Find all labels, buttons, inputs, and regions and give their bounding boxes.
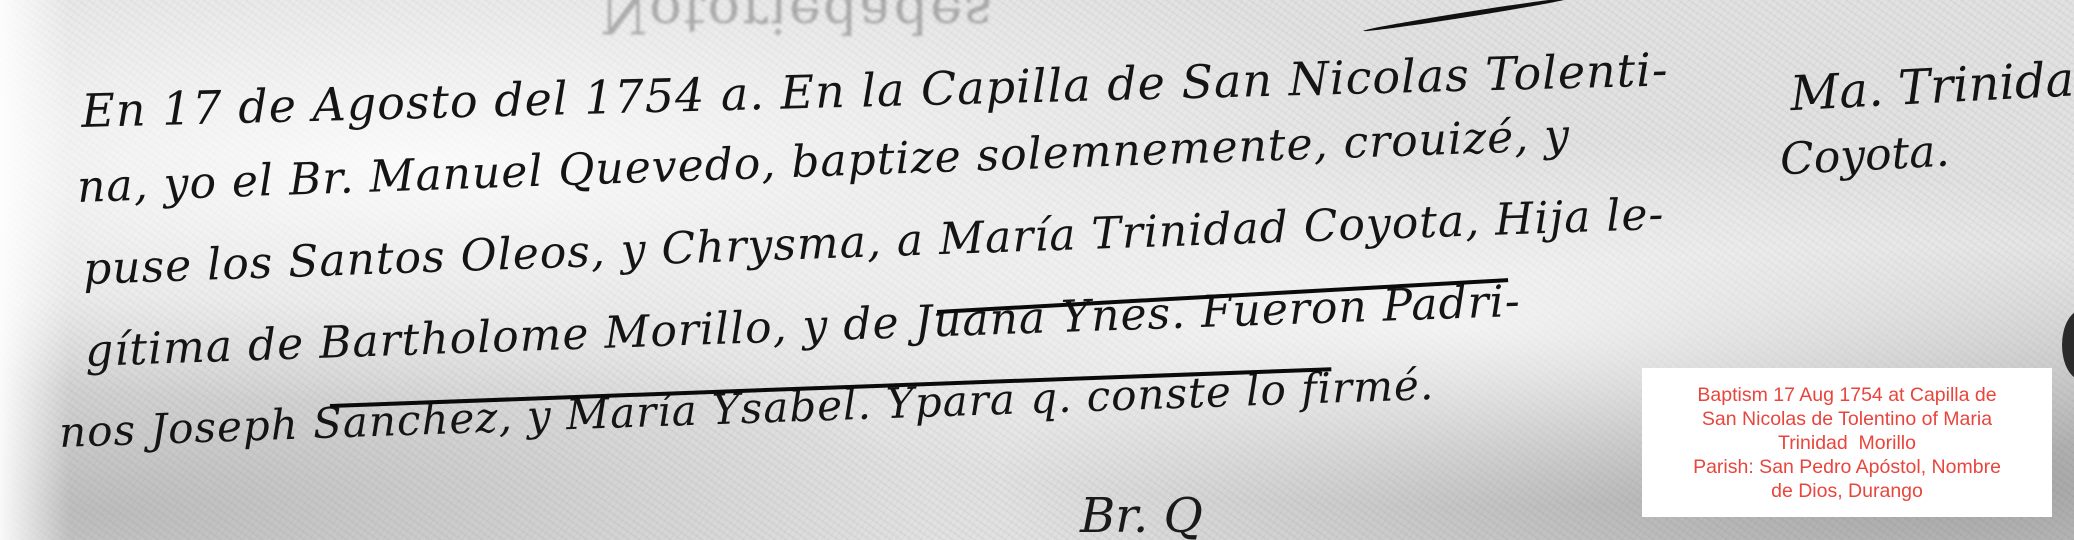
annotation-line-3: Trinidad Morillo <box>1778 431 1916 455</box>
page-edge-fade <box>0 0 70 540</box>
annotation-line-1: Baptism 17 Aug 1754 at Capilla de <box>1697 383 1996 407</box>
margin-note-name: Ma. Trinidad <box>1789 50 2074 122</box>
annotation-box: Baptism 17 Aug 1754 at Capilla de San Ni… <box>1642 368 2052 517</box>
annotation-line-2: San Nicolas de Tolentino of Maria <box>1702 407 1992 431</box>
annotation-line-5: de Dios, Durango <box>1771 479 1923 503</box>
margin-note-surname: Coyota. <box>1779 126 1951 186</box>
pen-stroke <box>1363 0 1571 33</box>
bleed-through-text: Notoriedades <box>600 0 994 45</box>
manuscript-page: Notoriedades En 17 de Agosto del 1754 a.… <box>0 0 2074 540</box>
annotation-line-4: Parish: San Pedro Apóstol, Nombre <box>1693 455 2001 479</box>
edge-shadow <box>2062 310 2074 380</box>
handwritten-signature-fragment: Br. Q <box>1080 488 1203 540</box>
